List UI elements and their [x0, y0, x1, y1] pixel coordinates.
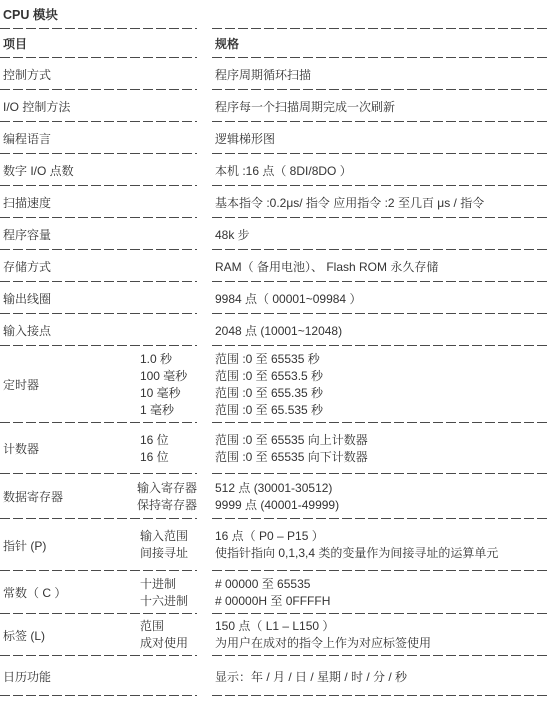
sub-item-label: 1.0 秒: [140, 351, 197, 368]
spec-value: 使指针指向 0,1,3,4 类的变量作为间接寻址的运算单元: [215, 545, 550, 562]
column-header-spec: 规格: [215, 35, 239, 52]
sub-item-label: 输入范围: [140, 528, 197, 545]
page-title: CPU 模块: [0, 0, 550, 28]
item-label: 编程语言: [3, 130, 51, 147]
item-label: 定时器: [3, 376, 39, 393]
sub-item-column: 范围 成对使用: [140, 614, 197, 656]
item-label: 计数器: [3, 440, 39, 457]
spec-value: 基本指令 :0.2μs/ 指令 应用指令 :2 至几百 μs / 指令: [215, 194, 484, 211]
item-label: 指针 (P): [3, 537, 46, 554]
table-row-counter: 计数器 16 位 16 位 范围 :0 至 65535 向上计数器 范围 :0 …: [0, 423, 550, 474]
spec-value: RAM（ 备用电池）、 Flash ROM 永久存储: [215, 258, 438, 275]
sub-item-label: 100 毫秒: [140, 368, 197, 385]
item-label: 数字 I/O 点数: [3, 162, 74, 179]
sub-item-column: 十进制 十六进制: [140, 571, 197, 614]
item-label: 输入接点: [3, 322, 51, 339]
sub-item-label: 16 位: [140, 432, 197, 449]
column-header-item: 项目: [3, 35, 27, 52]
table-row-pointer: 指针 (P) 输入范围 间接寻址 16 点（ P0 – P15 ） 使指针指向 …: [0, 519, 550, 571]
table-row-digital-io-points: 数字 I/O 点数 本机 :16 点（ 8DI/8DO ）: [0, 154, 550, 186]
table-row-io-control: I/O 控制方法 程序每一个扫描周期完成一次刷新: [0, 90, 550, 122]
table-row-constant: 常数（ C ） 十进制 十六进制 # 00000 至 65535 # 00000…: [0, 571, 550, 614]
table-row-input-contacts: 输入接点 2048 点 (10001~12048): [0, 314, 550, 346]
table-row-storage-method: 存储方式 RAM（ 备用电池）、 Flash ROM 永久存储: [0, 250, 550, 282]
spec-value: # 00000 至 65535: [215, 576, 550, 593]
cpu-module-spec-page: CPU 模块 项目 规格 控制方式 程序周期循环扫描 I/O 控制方法 程序每一…: [0, 0, 550, 720]
spec-value: 本机 :16 点（ 8DI/8DO ）: [215, 162, 352, 179]
sub-item-label: 间接寻址: [140, 545, 197, 562]
sub-item-label: 十六进制: [140, 593, 197, 610]
sub-item-label: 16 位: [140, 449, 197, 466]
sub-item-column: 1.0 秒 100 毫秒 10 毫秒 1 毫秒: [140, 346, 197, 423]
spec-value: 范围 :0 至 65.535 秒: [215, 402, 550, 419]
table-row-calendar-function: 日历功能 显示：年 / 月 / 日 / 星期 / 时 / 分 / 秒: [0, 656, 550, 696]
item-label: 存储方式: [3, 258, 51, 275]
spec-value: 为用户在成对的指令上作为对应标签使用: [215, 635, 550, 652]
spec-value: 2048 点 (10001~12048): [215, 322, 342, 339]
spec-value: 9999 点 (40001-49999): [215, 497, 550, 514]
sub-item-label: 10 毫秒: [140, 385, 197, 402]
spec-value: 范围 :0 至 6553.5 秒: [215, 368, 550, 385]
sub-item-label: 保持寄存器: [137, 497, 197, 514]
sub-item-label: 十进制: [140, 576, 197, 593]
spec-value: 逻辑梯形图: [215, 130, 275, 147]
sub-item-label: 范围: [140, 618, 197, 635]
sub-item-label: 输入寄存器: [137, 480, 197, 497]
spec-value: 150 点（ L1 – L150 ）: [215, 618, 550, 635]
table-row-label: 标签 (L) 范围 成对使用 150 点（ L1 – L150 ） 为用户在成对…: [0, 614, 550, 656]
table-row-output-coils: 输出线圈 9984 点（ 00001~09984 ）: [0, 282, 550, 314]
spec-value: 范围 :0 至 65535 秒: [215, 351, 550, 368]
item-label: 程序容量: [3, 226, 51, 243]
item-label: 日历功能: [3, 668, 51, 685]
item-label: 输出线圈: [3, 290, 51, 307]
table-row-scan-speed: 扫描速度 基本指令 :0.2μs/ 指令 应用指令 :2 至几百 μs / 指令: [0, 186, 550, 218]
sub-item-column: 输入范围 间接寻址: [140, 519, 197, 571]
spec-value: 程序每一个扫描周期完成一次刷新: [215, 98, 395, 115]
spec-value: 16 点（ P0 – P15 ）: [215, 528, 550, 545]
item-label: 标签 (L): [3, 627, 45, 644]
sub-item-column: 输入寄存器 保持寄存器: [137, 474, 197, 519]
spec-value: # 00000H 至 0FFFFH: [215, 593, 550, 610]
spec-value: 范围 :0 至 65535 向上计数器: [215, 432, 550, 449]
item-label: 扫描速度: [3, 194, 51, 211]
sub-item-column: 16 位 16 位: [140, 423, 197, 474]
item-label: 数据寄存器: [3, 488, 63, 505]
item-label: I/O 控制方法: [3, 98, 70, 115]
table-row-timer: 定时器 1.0 秒 100 毫秒 10 毫秒 1 毫秒 范围 :0 至 6553…: [0, 346, 550, 423]
sub-item-label: 1 毫秒: [140, 402, 197, 419]
table-row-program-capacity: 程序容量 48k 步: [0, 218, 550, 250]
spec-value: 48k 步: [215, 226, 250, 243]
table-row-control-method: 控制方式 程序周期循环扫描: [0, 58, 550, 90]
spec-value: 9984 点（ 00001~09984 ）: [215, 290, 361, 307]
table-row-data-register: 数据寄存器 输入寄存器 保持寄存器 512 点 (30001-30512) 99…: [0, 474, 550, 519]
item-label: 常数（ C ）: [3, 584, 66, 601]
spec-value: 显示：年 / 月 / 日 / 星期 / 时 / 分 / 秒: [215, 668, 407, 685]
spec-value: 范围 :0 至 65535 向下计数器: [215, 449, 550, 466]
spec-value: 范围 :0 至 655.35 秒: [215, 385, 550, 402]
spec-value: 512 点 (30001-30512): [215, 480, 550, 497]
table-row-programming-language: 编程语言 逻辑梯形图: [0, 122, 550, 154]
table-header-row: 项目 规格: [0, 29, 550, 58]
item-label: 控制方式: [3, 66, 51, 83]
spec-value: 程序周期循环扫描: [215, 66, 311, 83]
sub-item-label: 成对使用: [140, 635, 197, 652]
